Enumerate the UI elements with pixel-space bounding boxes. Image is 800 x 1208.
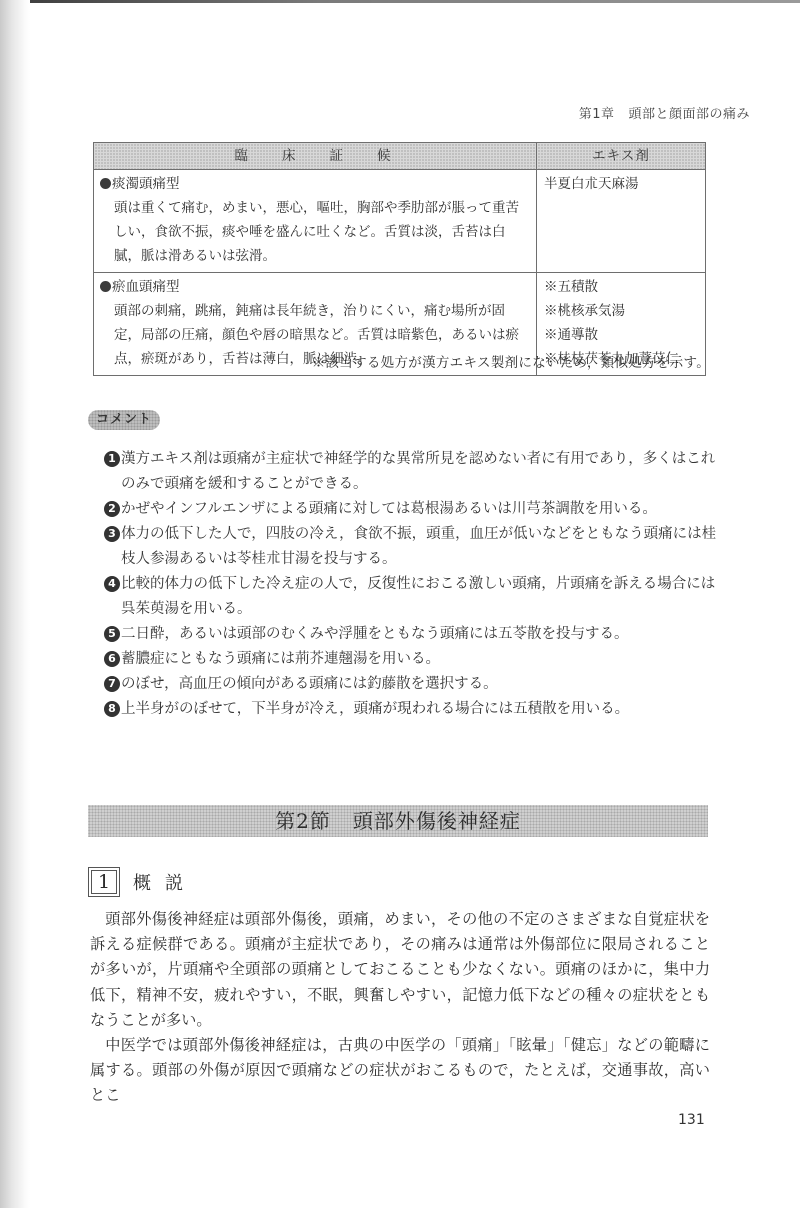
comment-text: 比較的体力の低下した冷え症の人で，反復性におこる激しい頭痛，片頭痛を訴える場合に…: [121, 572, 724, 622]
table-footnote: ※該当する処方が漢方エキス製剤にないため，類似処方を示す。: [280, 351, 710, 371]
section-heading: 第2節頭部外傷後神経症: [88, 805, 708, 837]
pattern-description: 頭は重くて痛む，めまい，悪心，嘔吐，胸部や季肋部が脹って重苦しい，食欲不振，痰や…: [100, 196, 530, 268]
subsection-heading: 1 概説: [88, 866, 197, 898]
formula-item: ※五積散: [544, 275, 699, 299]
number-circle-icon: 7: [104, 676, 120, 692]
bullet-icon: [100, 281, 111, 292]
section-title: 頭部外傷後神経症: [353, 809, 521, 833]
header-extract-formula: エキス剤: [537, 143, 706, 170]
comment-text: 体力の低下した人で，四肢の冷え，食欲不振，頭重，血圧が低いなどをともなう頭痛には…: [121, 522, 724, 572]
header-clinical-signs: 臨床証候: [94, 143, 537, 170]
number-circle-icon: 5: [104, 626, 120, 642]
list-item: 6 蓄膿症にともなう頭痛には荊芥連翹湯を用いる。: [104, 647, 724, 672]
subsection-number-box: 1: [88, 867, 120, 897]
formula-cell: 半夏白朮天麻湯: [537, 170, 706, 273]
list-item: 5 二日酔，あるいは頭部のむくみや浮腫をともなう頭痛には五苓散を投与する。: [104, 622, 724, 647]
number-circle-icon: 3: [104, 526, 120, 542]
formula-item: ※通導散: [544, 323, 699, 347]
comment-text: 漢方エキス剤は頭痛が主症状で神経学的な異常所見を認めない者に有用であり，多くはこ…: [121, 447, 724, 497]
pattern-title: 瘀血頭痛型: [100, 275, 530, 299]
formula-item: 半夏白朮天麻湯: [544, 172, 699, 196]
comment-text: 二日酔，あるいは頭部のむくみや浮腫をともなう頭痛には五苓散を投与する。: [121, 622, 724, 647]
number-circle-icon: 8: [104, 701, 120, 717]
table-row: 痰濁頭痛型 頭は重くて痛む，めまい，悪心，嘔吐，胸部や季肋部が脹って重苦しい，食…: [94, 170, 706, 273]
number-circle-icon: 6: [104, 651, 120, 667]
number-circle-icon: 1: [104, 451, 120, 467]
comment-badge: コメント: [88, 410, 160, 430]
comment-text: 蓄膿症にともなう頭痛には荊芥連翹湯を用いる。: [121, 647, 724, 672]
list-item: 7 のぼせ，高血圧の傾向がある頭痛には釣藤散を選択する。: [104, 672, 724, 697]
page-number: 131: [678, 1112, 705, 1128]
comment-list: 1 漢方エキス剤は頭痛が主症状で神経学的な異常所見を認めない者に有用であり，多く…: [104, 447, 724, 722]
syndrome-formula-table: 臨床証候 エキス剤 痰濁頭痛型 頭は重くて痛む，めまい，悪心，嘔吐，胸部や季肋部…: [93, 142, 706, 376]
running-head: 第1章頭部と顔面部の痛み: [520, 103, 750, 122]
chapter-title: 頭部と顔面部の痛み: [628, 107, 750, 122]
comment-text: のぼせ，高血圧の傾向がある頭痛には釣藤散を選択する。: [121, 672, 724, 697]
number-circle-icon: 2: [104, 501, 120, 517]
scan-top-edge: [0, 0, 800, 3]
bullet-icon: [100, 178, 111, 189]
list-item: 2 かぜやインフルエンザによる頭痛に対しては葛根湯あるいは川芎茶調散を用いる。: [104, 497, 724, 522]
body-text: 頭部外傷後神経症は頭部外傷後，頭痛，めまい，その他の不定のさまざまな自覚症状を訴…: [90, 907, 710, 1109]
paragraph: 頭部外傷後神経症は頭部外傷後，頭痛，めまい，その他の不定のさまざまな自覚症状を訴…: [90, 907, 710, 1033]
number-circle-icon: 4: [104, 576, 120, 592]
list-item: 4 比較的体力の低下した冷え症の人で，反復性におこる激しい頭痛，片頭痛を訴える場…: [104, 572, 724, 622]
list-item: 3 体力の低下した人で，四肢の冷え，食欲不振，頭重，血圧が低いなどをともなう頭痛…: [104, 522, 724, 572]
list-item: 8 上半身がのぼせて，下半身が冷え，頭痛が現われる場合には五積散を用いる。: [104, 697, 724, 722]
comment-text: かぜやインフルエンザによる頭痛に対しては葛根湯あるいは川芎茶調散を用いる。: [121, 497, 724, 522]
chapter-number: 第1章: [579, 107, 615, 122]
pattern-title: 痰濁頭痛型: [100, 172, 530, 196]
formula-item: ※桃核承気湯: [544, 299, 699, 323]
comment-text: 上半身がのぼせて，下半身が冷え，頭痛が現われる場合には五積散を用いる。: [121, 697, 724, 722]
list-item: 1 漢方エキス剤は頭痛が主症状で神経学的な異常所見を認めない者に有用であり，多く…: [104, 447, 724, 497]
page-gutter-shadow: [0, 0, 30, 1208]
clinical-signs-cell: 痰濁頭痛型 頭は重くて痛む，めまい，悪心，嘔吐，胸部や季肋部が脹って重苦しい，食…: [94, 170, 537, 273]
section-number: 第2節: [275, 809, 331, 833]
table-header-row: 臨床証候 エキス剤: [94, 143, 706, 170]
subsection-title: 概説: [133, 869, 197, 895]
paragraph: 中医学では頭部外傷後神経症は，古典の中医学の「頭痛」「眩暈」「健忘」などの範疇に…: [90, 1033, 710, 1109]
